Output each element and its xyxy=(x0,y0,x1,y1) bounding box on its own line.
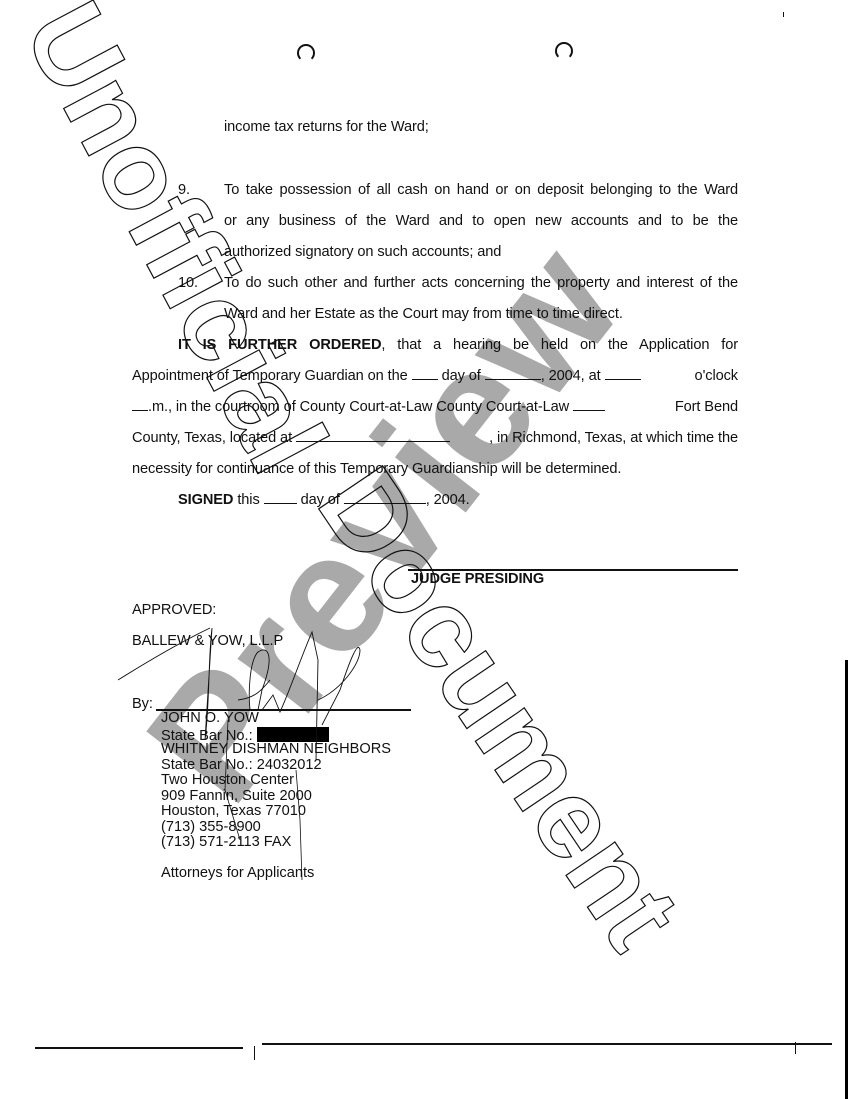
attorney-name-2: WHITNEY DISHMAN NEIGHBORS xyxy=(161,742,391,758)
judge-presiding-label: JUDGE PRESIDING xyxy=(411,570,544,588)
scan-mark xyxy=(783,12,784,17)
line4-part-b: , in Richmond, Texas, at which time the xyxy=(489,429,738,447)
address-line-2: 909 Fannin, Suite 2000 xyxy=(161,789,312,805)
address-line-1: Two Houston Center xyxy=(161,773,294,789)
phone-number: (713) 355-8900 xyxy=(161,820,261,836)
signed-month-blank[interactable] xyxy=(344,491,426,504)
punch-hole-mark-left xyxy=(297,44,315,62)
day-blank[interactable] xyxy=(412,367,438,380)
signed-line: SIGNED this day of , 2004. xyxy=(178,491,470,509)
firm-name: BALLEW & YOW, L.L.P xyxy=(132,632,283,650)
document-page: Preview income tax returns for the Ward;… xyxy=(0,0,850,1099)
further-ordered-line-5: necessity for continuance of this Tempor… xyxy=(132,460,621,478)
location-blank[interactable] xyxy=(296,429,450,442)
signed-day-blank[interactable] xyxy=(264,491,297,504)
signature-icon xyxy=(0,0,850,1099)
line3-part-a: .m., in the courtroom of County Court-at… xyxy=(132,398,605,416)
footer-tick-left xyxy=(254,1046,255,1060)
item-9-number: 9. xyxy=(178,181,190,199)
further-ordered-line-3: .m., in the courtroom of County Court-at… xyxy=(132,398,738,416)
item-8-tail: income tax returns for the Ward; xyxy=(224,118,429,136)
time-blank[interactable] xyxy=(605,367,641,380)
footer-rule-left xyxy=(35,1047,243,1049)
attorney-name-1: JOHN O. YOW xyxy=(161,711,259,727)
approved-label: APPROVED: xyxy=(132,601,216,619)
item-9-line-2: or any business of the Ward and to open … xyxy=(224,212,738,230)
signed-year: , 2004. xyxy=(426,492,470,508)
punch-hole-mark-right xyxy=(555,42,573,60)
redacted-bar-number xyxy=(257,727,329,742)
month-blank[interactable] xyxy=(485,367,541,380)
line4-part-a: County, Texas, located at xyxy=(132,429,450,447)
address-line-3: Houston, Texas 77010 xyxy=(161,804,306,820)
further-ordered-line-4: County, Texas, located at , in Richmond,… xyxy=(132,429,738,447)
further-ordered-line-2: Appointment of Temporary Guardian on the… xyxy=(132,367,738,385)
item-10-line-2: Ward and her Estate as the Court may fro… xyxy=(224,305,623,323)
item-9-line-1: To take possession of all cash on hand o… xyxy=(224,181,738,199)
attorney-role: Attorneys for Applicants xyxy=(161,866,314,882)
court-number-blank[interactable] xyxy=(573,398,605,411)
further-ordered-text: , that a hearing be held on the Applicat… xyxy=(381,337,738,353)
footer-rule-right xyxy=(262,1043,832,1045)
item-10-number: 10. xyxy=(178,274,198,292)
am-pm-blank[interactable] xyxy=(132,398,148,411)
handwritten-signature xyxy=(0,0,850,1099)
by-label: By: xyxy=(132,695,153,713)
signed-day-of: day of xyxy=(301,492,340,508)
signed-this: this xyxy=(237,492,259,508)
item-9-line-3: authorized signatory on such accounts; a… xyxy=(224,243,501,261)
item-10-line-1: To do such other and further acts concer… xyxy=(224,274,738,292)
line3-part-b: Fort Bend xyxy=(675,398,738,416)
further-ordered-heading: IT IS FURTHER ORDERED xyxy=(178,337,381,353)
signed-heading: SIGNED xyxy=(178,492,233,508)
line2-part-d: o'clock xyxy=(695,367,738,385)
further-ordered-line-1: IT IS FURTHER ORDERED, that a hearing be… xyxy=(178,336,738,354)
footer-tick-right xyxy=(795,1042,796,1054)
page-edge-line xyxy=(845,660,848,1099)
line2-part-a: Appointment of Temporary Guardian on the… xyxy=(132,367,641,385)
attorney-bar-2: State Bar No.: 24032012 xyxy=(161,758,322,774)
fax-number: (713) 571-2113 FAX xyxy=(161,835,291,851)
